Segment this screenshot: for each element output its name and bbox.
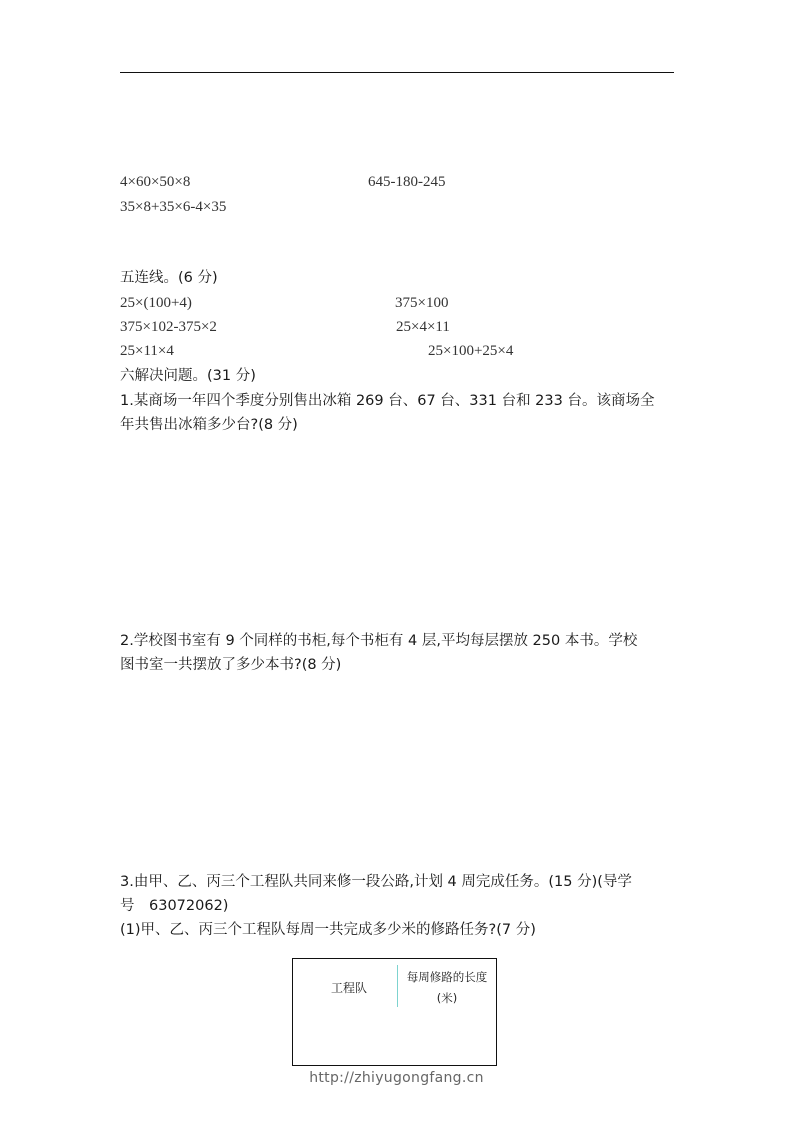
match-left-1: 25×(100+4) [120,293,192,313]
match-left-3: 25×11×4 [120,341,174,361]
table-header-length: 每周修路的长度 (米) [399,967,495,1009]
question-2-line-2: 图书室一共摆放了多少本书?(8 分) [120,653,680,677]
table-header-length-line-1: 每周修路的长度 [399,967,495,988]
section6-title: 六解决问题。(31 分) [120,366,256,386]
table-header-team: 工程队 [331,979,367,996]
section5-title: 五连线。(6 分) [120,268,218,288]
match-left-2: 375×102-375×2 [120,317,217,337]
question-3: 3.由甲、乙、丙三个工程队共同来修一段公路,计划 4 周完成任务。(15 分)(… [120,870,680,942]
question-1-line-2: 年共售出冰箱多少台?(8 分) [120,413,680,437]
work-team-table: 工程队 每周修路的长度 (米) [292,958,497,1066]
footer-url: http://zhiyugongfang.cn [0,1070,793,1086]
header-rule [120,72,674,73]
calc-expression-1: 4×60×50×8 [120,172,190,192]
question-2-line-1: 2.学校图书室有 9 个同样的书柜,每个书柜有 4 层,平均每层摆放 250 本… [120,629,680,653]
table-header-divider [397,965,398,1007]
calc-expression-2: 645-180-245 [368,172,446,192]
question-1: 1.某商场一年四个季度分别售出冰箱 269 台、67 台、331 台和 233 … [120,389,680,437]
match-right-1: 375×100 [395,293,448,313]
match-right-3: 25×100+25×4 [428,341,513,361]
question-3-line-2: 号 63072062) [120,894,680,918]
question-3-sub-1: (1)甲、乙、丙三个工程队每周一共完成多少米的修路任务?(7 分) [120,918,680,942]
table-header-length-line-2: (米) [399,988,495,1009]
calc-expression-3: 35×8+35×6-4×35 [120,197,226,217]
question-3-line-1: 3.由甲、乙、丙三个工程队共同来修一段公路,计划 4 周完成任务。(15 分)(… [120,870,680,894]
question-2: 2.学校图书室有 9 个同样的书柜,每个书柜有 4 层,平均每层摆放 250 本… [120,629,680,677]
match-right-2: 25×4×11 [396,317,450,337]
question-1-line-1: 1.某商场一年四个季度分别售出冰箱 269 台、67 台、331 台和 233 … [120,389,680,413]
